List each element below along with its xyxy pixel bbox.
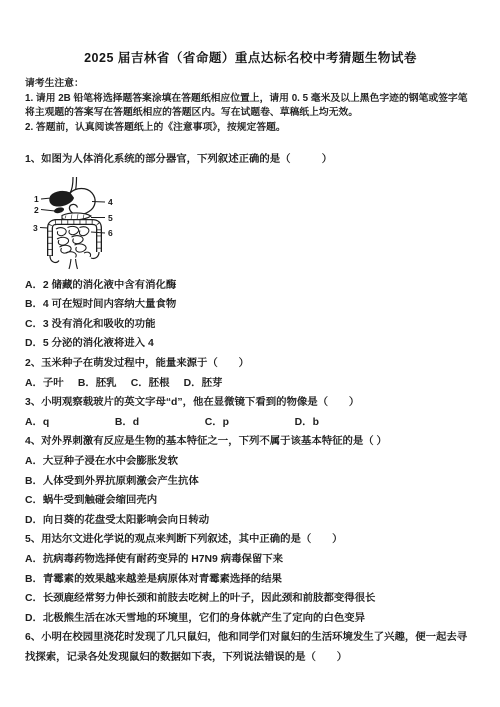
question-2-stem: 2、玉米种子在萌发过程中，能量来源于（ ） [25,354,476,374]
figure-label-2: 2 [34,205,39,215]
figure-label-3: 3 [33,223,38,233]
question-5-option-c: C．长颈鹿经常努力伸长颈和前肢去吃树上的叶子，因此颈和前肢都变得很长 [25,589,476,609]
question-5: 5、用达尔文进化学说的观点来判断下列叙述，其中正确的是（ ） A．抗病毒药物选择… [25,530,476,628]
question-1-option-b: B．4 可在短时间内容纳大量食物 [25,295,476,315]
question-2-option-a: A．子叶 [25,374,75,394]
figure-label-1: 1 [34,194,39,204]
paper-title: 2025 届吉林省（省命题）重点达标名校中考猜题生物试卷 [25,0,476,66]
question-1-option-c: C．3 没有消化和吸收的功能 [25,315,476,335]
question-5-option-a: A．抗病毒药物选择使有耐药变异的 H7N9 病毒保留下来 [25,550,476,570]
question-5-option-b: B．青霉素的效果越来越差是病原体对青霉素选择的结果 [25,570,476,590]
notice-item-2: 2. 答题前，认真阅读答题纸上的《注意事项》，按规定答题。 [25,121,476,136]
question-3-stem: 3、小明观察载玻片的英文字母“d”，他在显微镜下看到的物像是（ ） [25,393,476,413]
question-4-option-a: A．大豆种子浸在水中会膨胀发软 [25,452,476,472]
question-1: 1、如图为人体消化系统的部分器官，下列叙述正确的是（ ） [25,150,476,354]
digestive-system-figure: 1 2 3 4 5 6 [29,172,191,274]
question-1-stem: 1、如图为人体消化系统的部分器官，下列叙述正确的是（ ） [25,150,476,170]
question-1-option-d: D．5 分泌的消化液将进入 4 [25,334,476,354]
question-2-option-b: B．胚乳 [78,374,128,394]
question-5-option-d: D．北极熊生活在冰天雪地的环境里，它们的身体就产生了定向的白色变异 [25,609,476,629]
figure-label-4: 4 [108,197,113,207]
question-2-options: A．子叶 B．胚乳 C．胚根 D．胚芽 [25,374,476,394]
question-3-option-b: B．d [115,413,202,433]
question-6-stem: 6、小明在校园里浇花时发现了几只鼠妇，他和同学们对鼠妇的生活环境发生了兴趣，便一… [25,628,476,667]
question-2-option-d: D．胚芽 [184,374,223,394]
question-1-option-a: A．2 储藏的消化液中含有消化酶 [25,276,476,296]
question-4-stem: 4、对外界刺激有反应是生物的基本特征之一，下列不属于该基本特征的是（ ） [25,432,476,452]
question-3-options: A．q B．d C．p D．b [25,413,476,433]
question-2: 2、玉米种子在萌发过程中，能量来源于（ ） A．子叶 B．胚乳 C．胚根 D．胚… [25,354,476,393]
question-3-option-c: C．p [205,413,292,433]
candidate-notice: 请考生注意： 1. 请用 2B 铅笔将选择题答案涂填在答题纸相应位置上，请用 0… [25,77,476,135]
question-4: 4、对外界刺激有反应是生物的基本特征之一，下列不属于该基本特征的是（ ） A．大… [25,432,476,530]
question-1-figure: 1 2 3 4 5 6 [29,172,476,274]
liver-sketch [50,191,74,206]
question-5-stem: 5、用达尔文进化学说的观点来判断下列叙述，其中正确的是（ ） [25,530,476,550]
notice-item-1: 1. 请用 2B 铅笔将选择题答案涂填在答题纸相应位置上，请用 0. 5 毫米及… [25,92,476,121]
rectum-sketch [69,259,78,269]
gallbladder-sketch [53,206,64,214]
question-6: 6、小明在校园里浇花时发现了几只鼠妇，他和同学们对鼠妇的生活环境发生了兴趣，便一… [25,628,476,667]
figure-label-6: 6 [108,228,113,238]
small-intestine-sketch [56,226,91,257]
question-4-option-c: C．蜗牛受到触碰会缩回壳内 [25,491,476,511]
question-3-option-d: D．b [295,413,319,433]
question-4-option-b: B．人体受到外界抗原刺激会产生抗体 [25,472,476,492]
question-4-option-d: D．向日葵的花盘受太阳影响会向日转动 [25,511,476,531]
question-3-option-a: A．q [25,413,112,433]
notice-heading: 请考生注意： [25,77,476,92]
question-3: 3、小明观察载玻片的英文字母“d”，他在显微镜下看到的物像是（ ） A．q B．… [25,393,476,432]
stomach-sketch [69,188,95,214]
exam-paper-page: 2025 届吉林省（省命题）重点达标名校中考猜题生物试卷 请考生注意： 1. 请… [0,0,500,707]
question-2-option-c: C．胚根 [131,374,181,394]
figure-label-5: 5 [108,213,113,223]
